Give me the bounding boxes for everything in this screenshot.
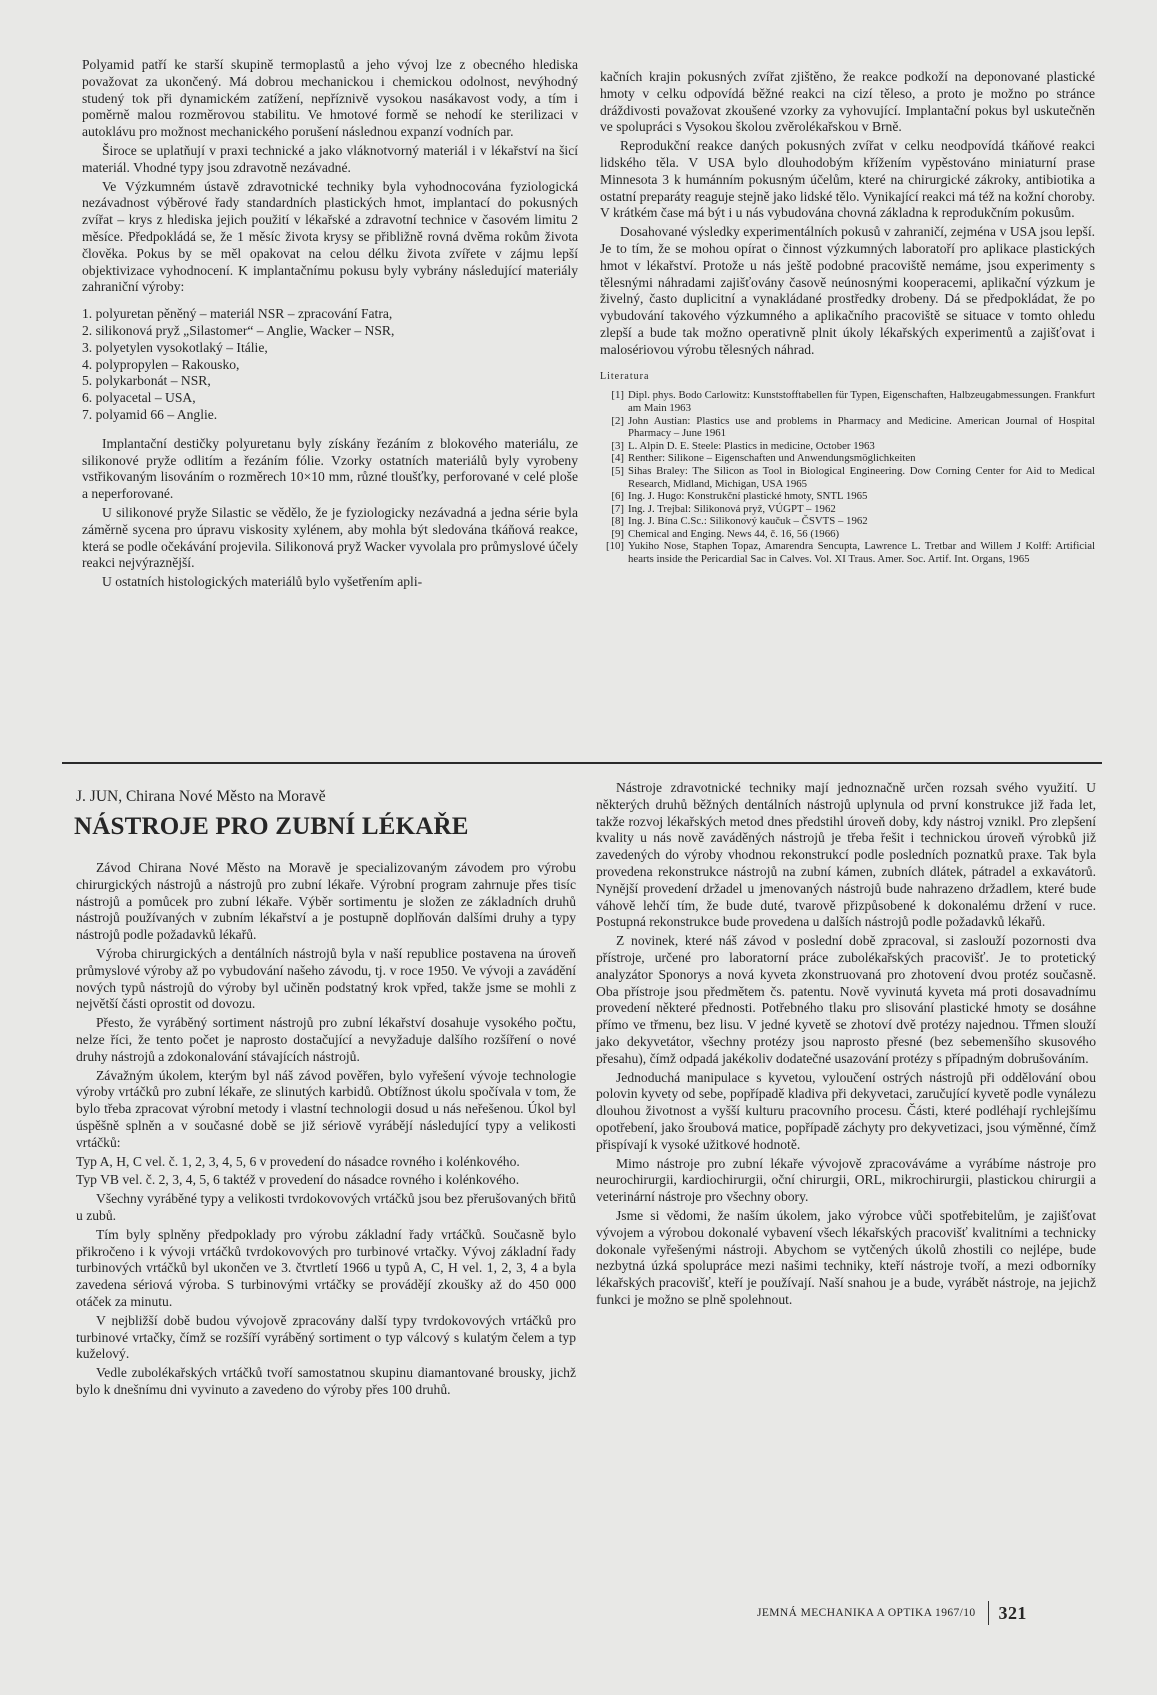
reference-item: [5]Sihas Braley: The Silicon as Tool in … <box>600 465 1095 490</box>
top-left-column: Polyamid patří ke starší skupině termopl… <box>82 57 578 591</box>
bottom-right-column: Nástroje zdravotnické techniky mají jedn… <box>596 780 1096 1309</box>
paragraph: Závažným úkolem, kterým byl náš závod po… <box>76 1068 576 1152</box>
list-item: 2. silikonová pryž „Silastomer“ – Anglie… <box>82 323 578 340</box>
reference-number: [4] <box>600 452 624 465</box>
paragraph: V nejbližší době budou vývojově zpracová… <box>76 1313 576 1363</box>
top-right-column: kačních krajin pokusných zvířat zjištěno… <box>600 69 1095 566</box>
reference-number: [5] <box>600 465 624 478</box>
bottom-left-column: Závod Chirana Nové Město na Moravě je sp… <box>76 860 576 1399</box>
reference-text: John Austian: Plastics use and problems … <box>628 415 1095 440</box>
reference-number: [1] <box>600 389 624 402</box>
article-title: NÁSTROJE PRO ZUBNÍ LÉKAŘE <box>74 813 469 841</box>
reference-number: [3] <box>600 440 624 453</box>
paragraph: Vedle zubolékařských vrtáčků tvoří samos… <box>76 1365 576 1399</box>
reference-text: Dipl. phys. Bodo Carlowitz: Kunststoffta… <box>628 389 1095 414</box>
reference-item: [9]Chemical and Enging. News 44, č. 16, … <box>600 528 1095 541</box>
paragraph: Implantační destičky polyuretanu byly zí… <box>82 436 578 503</box>
reference-item: [4]Renther: Silikone – Eigenschaften und… <box>600 452 1095 465</box>
paragraph: Dosahované výsledky experimentálních pok… <box>600 224 1095 358</box>
reference-list: [1]Dipl. phys. Bodo Carlowitz: Kunststof… <box>600 389 1095 565</box>
type-line: Typ A, H, C vel. č. 1, 2, 3, 4, 5, 6 v p… <box>76 1154 576 1171</box>
list-item: 1. polyuretan pěněný – materiál NSR – zp… <box>82 306 578 323</box>
paragraph: Ve Výzkumném ústavě zdravotnické technik… <box>82 179 578 297</box>
materials-list: 1. polyuretan pěněný – materiál NSR – zp… <box>82 306 578 424</box>
list-item: 3. polyetylen vysokotlaký – Itálie, <box>82 340 578 357</box>
paragraph: Závod Chirana Nové Město na Moravě je sp… <box>76 860 576 944</box>
reference-number: [7] <box>600 503 624 516</box>
paragraph: Tím byly splněny předpoklady pro výrobu … <box>76 1227 576 1311</box>
reference-text: Ing. J. Hugo: Konstrukční plastické hmot… <box>628 490 867 502</box>
reference-text: Yukiho Nose, Staphen Topaz, Amarendra Se… <box>628 540 1095 565</box>
page-number: 321 <box>999 1603 1027 1624</box>
reference-text: Ing. J. Trejbal: Silikonová pryž, VÚGPT … <box>628 503 836 515</box>
paragraph: Jsme si vědomi, že naším úkolem, jako vý… <box>596 1208 1096 1309</box>
section-divider <box>62 762 1102 764</box>
reference-item: [6]Ing. J. Hugo: Konstrukční plastické h… <box>600 490 1095 503</box>
reference-text: Ing. J. Bína C.Sc.: Silikonový kaučuk – … <box>628 515 868 527</box>
reference-text: Renther: Silikone – Eigenschaften und An… <box>628 452 916 464</box>
reference-text: Sihas Braley: The Silicon as Tool in Bio… <box>628 465 1095 490</box>
list-item: 6. polyacetal – USA, <box>82 390 578 407</box>
paragraph: Polyamid patří ke starší skupině termopl… <box>82 57 578 141</box>
paragraph: U silikonové pryže Silastic se vědělo, ž… <box>82 505 578 572</box>
reference-item: [10]Yukiho Nose, Staphen Topaz, Amarendr… <box>600 540 1095 565</box>
author-byline: J. JUN, Chirana Nové Město na Moravě <box>76 788 326 806</box>
journal-name: JEMNÁ MECHANIKA A OPTIKA 1967/10 <box>757 1607 976 1619</box>
reference-number: [8] <box>600 515 624 528</box>
type-line: Typ VB vel. č. 2, 3, 4, 5, 6 taktéž v pr… <box>76 1172 576 1189</box>
paragraph: Mimo nástroje pro zubní lékaře vývojově … <box>596 1156 1096 1206</box>
literature-heading: Literatura <box>600 369 1095 386</box>
paragraph: Široce se uplatňují v praxi technické a … <box>82 143 578 177</box>
list-item: 4. polypropylen – Rakousko, <box>82 357 578 374</box>
paragraph: Z novinek, které náš závod v poslední do… <box>596 933 1096 1067</box>
page-footer: JEMNÁ MECHANIKA A OPTIKA 1967/10 321 <box>757 1601 1027 1625</box>
paragraph: Všechny vyráběné typy a velikosti tvrdok… <box>76 1191 576 1225</box>
reference-item: [1]Dipl. phys. Bodo Carlowitz: Kunststof… <box>600 389 1095 414</box>
list-item: 7. polyamid 66 – Anglie. <box>82 407 578 424</box>
footer-separator <box>988 1601 989 1625</box>
reference-number: [6] <box>600 490 624 503</box>
reference-number: [9] <box>600 528 624 541</box>
reference-text: L. Alpin D. E. Steele: Plastics in medic… <box>628 440 875 452</box>
reference-text: Chemical and Enging. News 44, č. 16, 56 … <box>628 528 839 540</box>
journal-page: Polyamid patří ke starší skupině termopl… <box>0 0 1157 1695</box>
paragraph: Přesto, že vyráběný sortiment nástrojů p… <box>76 1015 576 1065</box>
paragraph: Reprodukční reakce daných pokusných zvíř… <box>600 138 1095 222</box>
paragraph: Nástroje zdravotnické techniky mají jedn… <box>596 780 1096 931</box>
paragraph: Jednoduchá manipulace s kyvetou, vylouče… <box>596 1070 1096 1154</box>
paragraph: kačních krajin pokusných zvířat zjištěno… <box>600 69 1095 136</box>
reference-item: [7]Ing. J. Trejbal: Silikonová pryž, VÚG… <box>600 503 1095 516</box>
list-item: 5. polykarbonát – NSR, <box>82 373 578 390</box>
reference-number: [10] <box>600 540 624 553</box>
reference-item: [8]Ing. J. Bína C.Sc.: Silikonový kaučuk… <box>600 515 1095 528</box>
reference-item: [3]L. Alpin D. E. Steele: Plastics in me… <box>600 440 1095 453</box>
reference-item: [2]John Austian: Plastics use and proble… <box>600 415 1095 440</box>
reference-number: [2] <box>600 415 624 428</box>
paragraph: Výroba chirurgických a dentálních nástro… <box>76 946 576 1013</box>
paragraph: U ostatních histologických materiálů byl… <box>82 574 578 591</box>
